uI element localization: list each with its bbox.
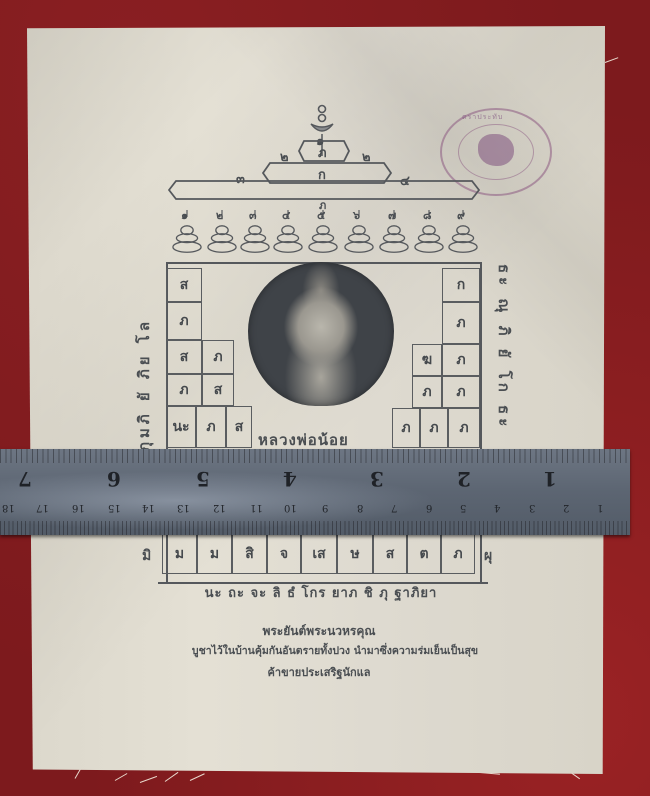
mantra-line: นะ ถะ จะ ลิ ธํ โกร ยาภ ชิ ภุ ฐาภิยา — [0, 582, 646, 603]
grid-cell: ม — [162, 534, 197, 574]
bottom-row-side-right: ผุ — [484, 545, 492, 567]
grid-cell: ภ — [442, 344, 480, 376]
bottom-row-side-left: มิ — [142, 545, 151, 567]
left-side-text: ภุมภิ ยั ภิย โล — [132, 262, 156, 452]
cm-label: 2 — [563, 502, 569, 513]
yantra-name: พระยันต์พระนวหรคุณ — [0, 622, 644, 641]
inch-label: 2 — [457, 467, 471, 491]
inch-label: 3 — [370, 467, 384, 491]
bell-numeral: ๒ — [216, 206, 223, 224]
grid-cell: ษ — [337, 534, 373, 574]
cm-label: 7 — [391, 502, 397, 513]
cm-ticks — [0, 521, 630, 535]
grid-cell: ภ — [442, 302, 480, 344]
inch-label: 6 — [107, 467, 121, 491]
inch-label: 5 — [196, 467, 210, 491]
grid-cell: ส — [373, 534, 407, 574]
trade-blessing-line: ค้าขายประเสริฐนักแล — [0, 663, 644, 681]
cm-label: 9 — [322, 502, 328, 513]
cm-label: 10 — [284, 502, 297, 513]
cm-label: 13 — [177, 502, 190, 513]
cm-label: 15 — [108, 502, 121, 513]
inch-label: 7 — [18, 467, 32, 491]
grid-cell: ต — [407, 534, 441, 574]
grid-cell: นะ — [166, 406, 196, 448]
bell-numeral: ๗ — [388, 206, 396, 224]
grid-cell: ภ — [202, 340, 234, 374]
cm-label: 3 — [529, 502, 535, 513]
grid-cell: ภ — [392, 408, 420, 448]
inch-label: 4 — [283, 467, 297, 491]
grid-cell: ส — [166, 268, 202, 302]
cm-label: 4 — [494, 502, 500, 513]
grid-cell: ส — [226, 406, 252, 448]
bell-numeral: ๑ — [181, 206, 188, 224]
grid-cell: สิ — [232, 534, 267, 574]
grid-cell: ส — [202, 374, 234, 406]
top-hex-char: ภ — [318, 142, 327, 163]
blessing-line: บูชาไว้ในบ้านคุ้มกันอันตรายทั้งปวง นำมาซ… — [10, 642, 650, 659]
steel-ruler: 1 2 3 4 5 6 7 1 2 3 4 5 6 7 8 9 10 11 12… — [0, 449, 630, 535]
grid-cell: ฆ — [412, 344, 442, 376]
bell-numeral: ๕ — [317, 206, 325, 224]
grid-cell: ภ — [442, 376, 480, 408]
grid-cell: ภ — [166, 302, 202, 340]
cm-label: 6 — [426, 502, 432, 513]
bell-numeral: ๔ — [282, 206, 290, 224]
bell-numeral: ๙ — [457, 206, 465, 224]
cm-label: 17 — [36, 502, 49, 513]
right-side-text: ธะ ณุ ภิ ยั โก ธะ — [492, 264, 516, 454]
cm-label: 16 — [72, 502, 85, 513]
grid-cell: ภ — [420, 408, 448, 448]
cm-label: 8 — [357, 502, 363, 513]
grid-cell: ภ — [196, 406, 226, 448]
cm-label: 1 — [597, 502, 603, 513]
cm-label: 14 — [142, 502, 155, 513]
grid-cell: ส — [166, 340, 202, 374]
monk-portrait — [248, 262, 394, 406]
grid-cell: ภ — [441, 534, 475, 574]
inch-label: 1 — [543, 467, 557, 491]
grid-cell: เส — [301, 534, 337, 574]
inch-ticks — [0, 449, 630, 463]
stamp-label: ตราประทับ — [462, 112, 503, 123]
cm-label: 11 — [250, 502, 263, 513]
cm-label: 18 — [2, 502, 15, 513]
grid-cell: ภ — [448, 408, 480, 448]
stamp-emblem-icon — [478, 134, 514, 166]
cm-label: 5 — [460, 502, 466, 513]
bell-numeral: ๓ — [249, 206, 257, 224]
grid-cell: จ — [267, 534, 301, 574]
grid-cell: ภ — [166, 374, 202, 406]
grid-cell: ก — [442, 268, 480, 302]
bell-numeral: ๘ — [423, 206, 432, 224]
grid-cell: ม — [197, 534, 232, 574]
cm-label: 12 — [213, 502, 226, 513]
bell-numeral: ๖ — [353, 206, 360, 224]
grid-cell: ภ — [412, 376, 442, 408]
